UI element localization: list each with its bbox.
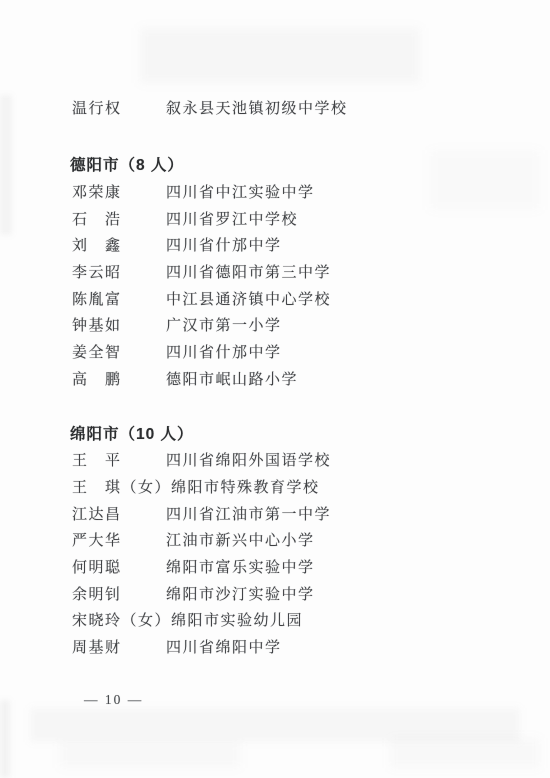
school-name: 四川省罗江中学校 <box>166 212 298 228</box>
roster-row: 宋晓玲（女）绵阳市实验幼儿园 <box>72 613 303 630</box>
school-name: 绵阳市富乐实验中学 <box>166 560 315 576</box>
roster-row: 邓荣康四川省中江实验中学 <box>72 185 315 202</box>
school-name: 四川省绵阳中学 <box>166 640 282 656</box>
section-title-deyang: 德阳市（8 人） <box>70 157 184 175</box>
roster-row: 江达昌四川省江油市第一中学 <box>72 507 331 524</box>
scan-artifact <box>140 28 420 83</box>
scan-artifact <box>30 708 520 742</box>
person-name: 江达昌 <box>72 507 166 524</box>
person-name: 姜全智 <box>72 345 166 362</box>
school-name: 德阳市岷山路小学 <box>166 372 298 388</box>
roster-row: 何明聪绵阳市富乐实验中学 <box>72 560 315 577</box>
roster-row: 王 平四川省绵阳外国语学校 <box>72 453 331 470</box>
school-name: 叙永县天池镇初级中学校 <box>166 101 348 117</box>
person-name: 邓荣康 <box>72 185 166 202</box>
section-title-mianyang: 绵阳市（10 人） <box>70 426 194 444</box>
scan-artifact <box>0 95 12 235</box>
person-name: 温行权 <box>72 101 166 118</box>
person-name: 王 平 <box>72 453 166 470</box>
roster-row: 温行权叙永县天池镇初级中学校 <box>72 101 348 118</box>
roster-row: 李云昭四川省德阳市第三中学 <box>72 265 331 282</box>
school-name: 绵阳市沙汀实验中学 <box>166 587 315 603</box>
scan-artifact <box>430 150 540 210</box>
person-name: 陈胤富 <box>72 292 166 309</box>
page-number: — 10 — <box>84 692 143 708</box>
roster-row: 钟基如广汉市第一小学 <box>72 318 282 335</box>
roster-row: 余明钊绵阳市沙汀实验中学 <box>72 587 315 604</box>
school-name: 四川省什邡中学 <box>166 345 282 361</box>
person-name: 余明钊 <box>72 587 166 604</box>
school-name: 四川省什邡中学 <box>166 238 282 254</box>
scan-artifact <box>390 738 540 768</box>
school-name: 绵阳市实验幼儿园 <box>171 613 303 629</box>
scan-artifact <box>60 742 240 768</box>
person-name: 石 浩 <box>72 212 166 229</box>
school-name: 四川省中江实验中学 <box>166 185 315 201</box>
person-name: 王 琪（女） <box>72 480 171 497</box>
school-name: 绵阳市特殊教育学校 <box>171 480 320 496</box>
school-name: 四川省江油市第一中学 <box>166 507 331 523</box>
person-name: 周基财 <box>72 640 166 657</box>
roster-row: 刘 鑫四川省什邡中学 <box>72 238 282 255</box>
school-name: 中江县通济镇中心学校 <box>166 292 331 308</box>
roster-row: 严大华江油市新兴中心小学 <box>72 533 315 550</box>
scan-artifact <box>0 700 10 778</box>
roster-row: 王 琪（女）绵阳市特殊教育学校 <box>72 480 320 497</box>
person-name: 宋晓玲（女） <box>72 613 171 630</box>
person-name: 何明聪 <box>72 560 166 577</box>
roster-row: 高 鹏德阳市岷山路小学 <box>72 372 298 389</box>
roster-row: 陈胤富中江县通济镇中心学校 <box>72 292 331 309</box>
roster-row: 姜全智四川省什邡中学 <box>72 345 282 362</box>
school-name: 四川省德阳市第三中学 <box>166 265 331 281</box>
person-name: 李云昭 <box>72 265 166 282</box>
person-name: 刘 鑫 <box>72 238 166 255</box>
person-name: 严大华 <box>72 533 166 550</box>
roster-row: 石 浩四川省罗江中学校 <box>72 212 298 229</box>
roster-row: 周基财四川省绵阳中学 <box>72 640 282 657</box>
scanned-document-page: 温行权叙永县天池镇初级中学校 德阳市（8 人） 邓荣康四川省中江实验中学 石 浩… <box>0 0 550 778</box>
person-name: 钟基如 <box>72 318 166 335</box>
school-name: 江油市新兴中心小学 <box>166 533 315 549</box>
person-name: 高 鹏 <box>72 372 166 389</box>
school-name: 广汉市第一小学 <box>166 318 282 334</box>
school-name: 四川省绵阳外国语学校 <box>166 453 331 469</box>
